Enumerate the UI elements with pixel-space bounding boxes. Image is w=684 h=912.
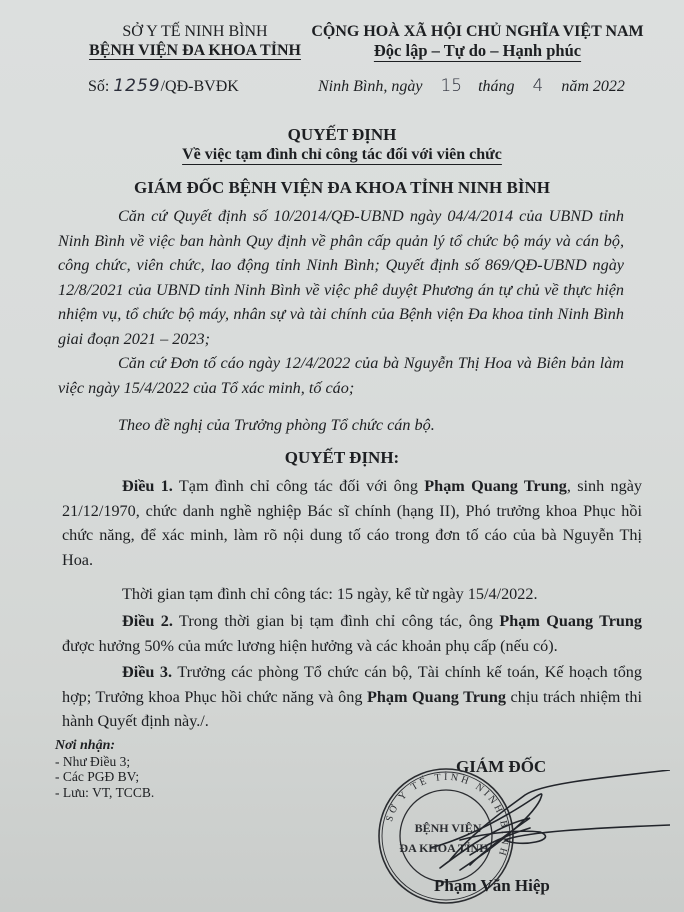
document-subject: Về việc tạm đình chỉ công tác đối với vi… — [0, 146, 684, 164]
agency-name: SỞ Y TẾ NINH BÌNH — [60, 22, 330, 41]
country-name: CỘNG HOÀ XÃ HỘI CHỦ NGHĨA VIỆT NAM — [305, 22, 650, 41]
person-name: Phạm Quang Trung — [367, 688, 506, 706]
decision-heading: QUYẾT ĐỊNH: — [0, 448, 684, 468]
recipient-item: - Các PGĐ BV; — [55, 769, 154, 785]
person-name: Phạm Quang Trung — [499, 612, 642, 630]
document-number: Số: 1259/QĐ-BVĐK — [88, 76, 239, 96]
decision-document: SỞ Y TẾ NINH BÌNH BỆNH VIỆN ĐA KHOA TỈNH… — [0, 0, 684, 912]
handwritten-day: 15 — [440, 76, 462, 96]
article-3: Điều 3. Trưởng các phòng Tổ chức cán bộ,… — [62, 660, 642, 734]
article-1: Điều 1. Tạm đình chỉ công tác đối với ôn… — [62, 474, 642, 572]
document-type-title: QUYẾT ĐỊNH — [0, 125, 684, 145]
article-1-duration: Thời gian tạm đình chỉ công tác: 15 ngày… — [62, 582, 642, 607]
preamble-basis-2: Căn cứ Đơn tố cáo ngày 12/4/2022 của bà … — [58, 351, 624, 400]
handwritten-number: 1259 — [113, 76, 160, 96]
national-motto: Độc lập – Tự do – Hạnh phúc — [305, 41, 650, 60]
recipients-block: Nơi nhận: - Như Điều 3; - Các PGĐ BV; - … — [55, 738, 154, 800]
handwritten-month: 4 — [533, 76, 544, 96]
issuing-authority: GIÁM ĐỐC BỆNH VIỆN ĐA KHOA TỈNH NINH BÌN… — [0, 178, 684, 198]
recipient-item: - Lưu: VT, TCCB. — [55, 785, 154, 801]
hospital-name: BỆNH VIỆN ĐA KHOA TỈNH — [60, 41, 330, 60]
signer-name: Phạm Văn Hiệp — [434, 876, 550, 896]
person-name: Phạm Quang Trung — [424, 477, 567, 495]
recipient-item: - Như Điều 3; — [55, 754, 154, 770]
recipients-label: Nơi nhận: — [55, 738, 154, 754]
place-date: Ninh Bình, ngày 15 tháng 4 năm 2022 — [318, 76, 625, 96]
article-2: Điều 2. Trong thời gian bị tạm đình chỉ … — [62, 609, 642, 658]
signature-icon — [430, 770, 670, 880]
national-header-block: CỘNG HOÀ XÃ HỘI CHỦ NGHĨA VIỆT NAM Độc l… — [305, 22, 650, 60]
preamble-proposal: Theo đề nghị của Trưởng phòng Tổ chức cá… — [58, 413, 624, 438]
issuing-agency-block: SỞ Y TẾ NINH BÌNH BỆNH VIỆN ĐA KHOA TỈNH — [60, 22, 330, 60]
preamble-basis-1: Căn cứ Quyết định số 10/2014/QĐ-UBND ngà… — [58, 204, 624, 351]
